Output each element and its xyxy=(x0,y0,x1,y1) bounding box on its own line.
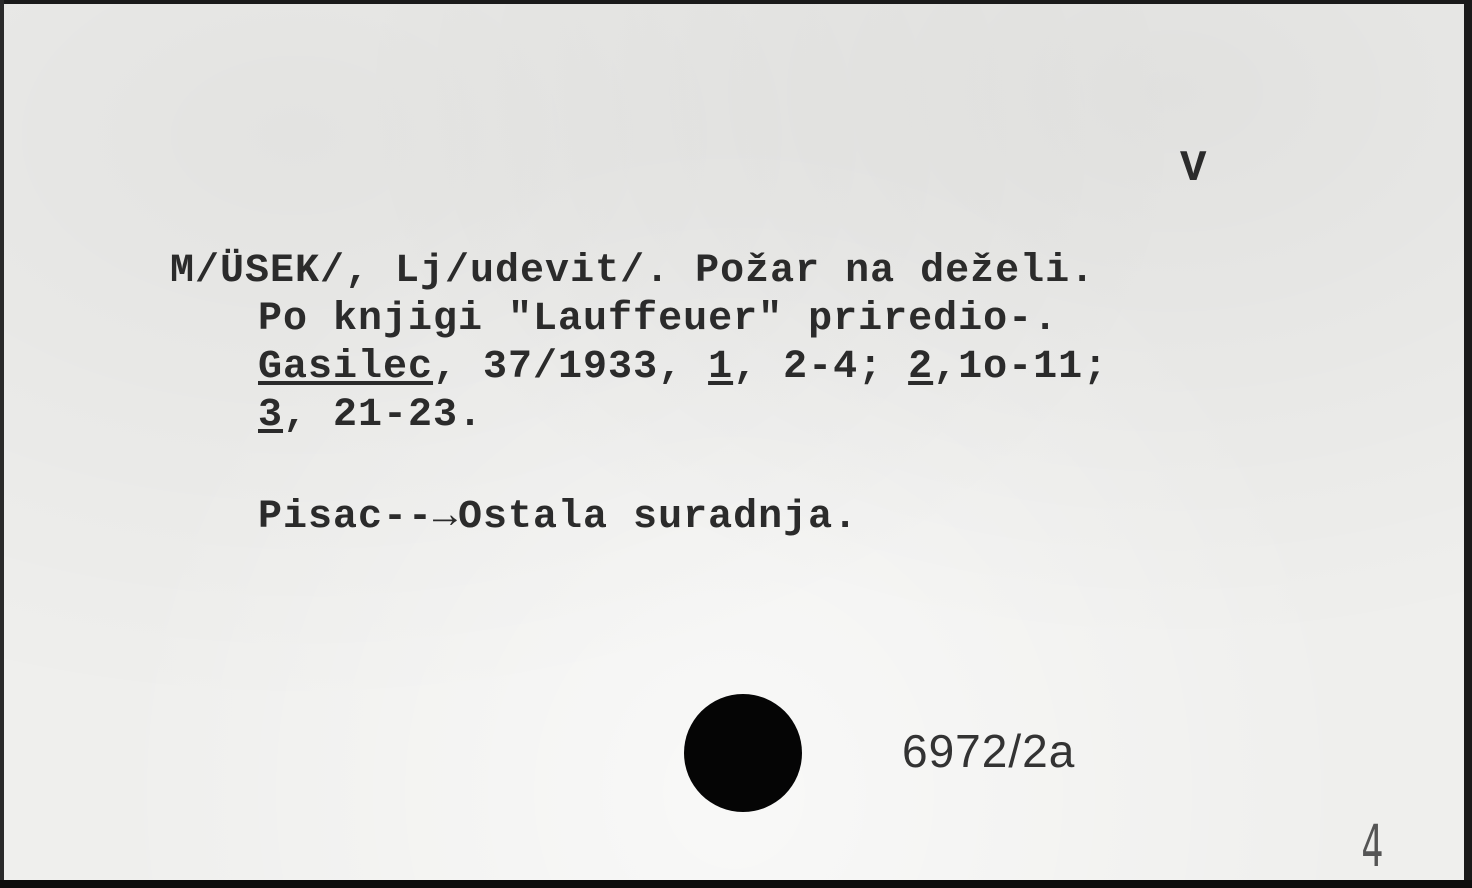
issue-number: 2 xyxy=(908,345,933,390)
scan-border-right xyxy=(1464,0,1472,888)
call-number: 6972/2a xyxy=(902,724,1075,778)
issue-pages: ,1o-11; xyxy=(933,345,1108,390)
scan-border-top xyxy=(0,0,1472,4)
catalog-card: V M/ÜSEK/, Lj/udevit/. Požar na deželi. … xyxy=(4,4,1464,880)
scan-border-bottom xyxy=(0,880,1472,888)
cross-reference: Pisac--→Ostala suradnja. xyxy=(258,498,858,538)
corner-marker: V xyxy=(1180,144,1207,194)
issue-pages: , 21-23. xyxy=(283,393,483,438)
source-volume: , 37/1933, xyxy=(433,345,708,390)
issue-number: 3 xyxy=(258,393,283,438)
source-title: Gasilec xyxy=(258,345,433,390)
source-citation-line: Gasilec, 37/1933, 1, 2-4; 2,1o-11; xyxy=(258,348,1108,388)
punch-hole xyxy=(684,694,802,812)
author-title-line: M/ÜSEK/, Lj/udevit/. Požar na deželi. xyxy=(170,252,1095,292)
scan-border-left xyxy=(0,0,4,888)
issue-pages: , 2-4; xyxy=(733,345,908,390)
adaptation-note: Po knjigi "Lauffeuer" priredio-. xyxy=(258,300,1058,340)
source-citation-continuation: 3, 21-23. xyxy=(258,396,483,436)
issue-number: 1 xyxy=(708,345,733,390)
handwritten-mark: 4 xyxy=(1361,812,1383,880)
